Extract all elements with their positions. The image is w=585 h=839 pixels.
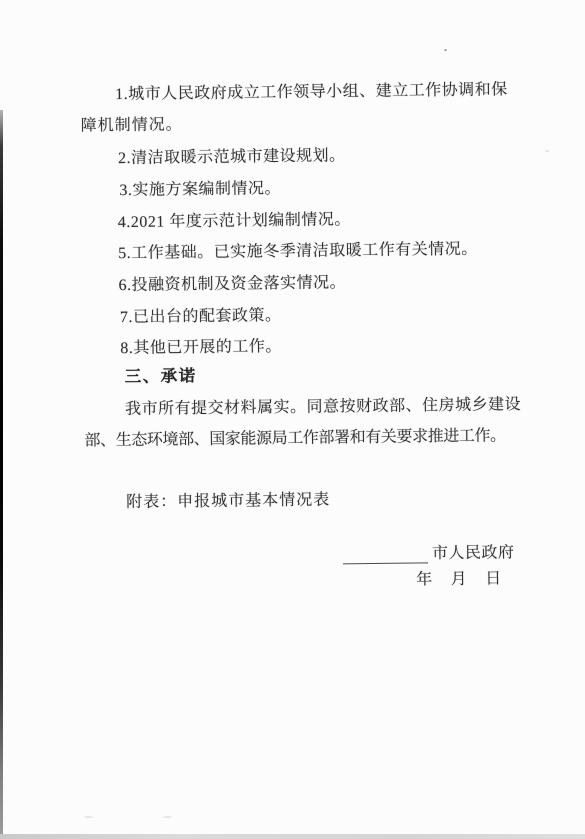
list-item-1-line-1: 1.城市人民政府成立工作领导小组、建立工作协调和保: [115, 80, 508, 104]
signature-blank-line: [343, 562, 428, 564]
list-item-3: 3.实施方案编制情况。: [119, 179, 281, 200]
scan-speck: [163, 816, 172, 818]
scanner-edge-artifact: [0, 110, 3, 836]
signature-date-row: 年 月 日: [416, 569, 501, 589]
attachment-note: 附表：申报城市基本情况表: [126, 491, 330, 512]
signature-date-year: 年: [416, 570, 432, 589]
section-heading-commitment: 三、承诺: [125, 367, 197, 387]
list-item-4: 4.2021 年度示范计划编制情况。: [118, 210, 351, 232]
signature-date-month: 月: [451, 570, 467, 589]
list-item-1-line-2: 障机制情况。: [81, 115, 183, 135]
list-item-7: 7.已出台的配套政策。: [120, 306, 282, 327]
signature-signer: 市人民政府: [432, 543, 515, 563]
scan-speck: [545, 150, 549, 152]
scanned-document-page: 1.城市人民政府成立工作领导小组、建立工作协调和保 障机制情况。 2.清洁取暖示…: [0, 0, 585, 839]
signature-date-day: 日: [485, 569, 501, 588]
list-item-6: 6.投融资机制及资金落实情况。: [118, 273, 346, 295]
commitment-paragraph-line-2: 部、生态环境部、国家能源局工作部署和有关要求推进工作。: [84, 426, 505, 450]
scan-speck: [444, 49, 447, 51]
document-content: 1.城市人民政府成立工作领导小组、建立工作协调和保 障机制情况。 2.清洁取暖示…: [0, 0, 585, 839]
scan-speck: [84, 816, 93, 818]
commitment-paragraph-line-1: 我市所有提交材料属实。同意按财政部、住房城乡建设: [125, 395, 521, 419]
list-item-2: 2.清洁取暖示范城市建设规划。: [118, 146, 346, 168]
scanner-bottom-edge-artifact: [0, 834, 585, 839]
list-item-8: 8.其他已开展的工作。: [120, 337, 282, 358]
list-item-5: 5.工作基础。已实施冬季清洁取暖工作有关情况。: [118, 240, 478, 263]
